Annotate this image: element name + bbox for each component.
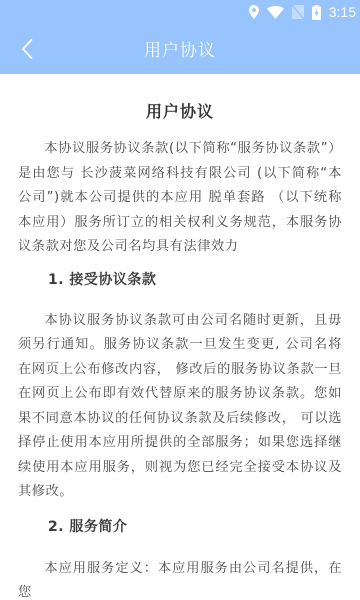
status-bar: 3:15	[0, 0, 360, 24]
section-heading-service-intro: 2. 服务简介	[0, 517, 360, 537]
document-title: 用户协议	[0, 101, 360, 123]
battery-charging-icon	[312, 5, 321, 20]
section-heading-accept-terms: 1. 接受协议条款	[0, 270, 360, 290]
nav-bar: 用户协议	[0, 24, 360, 74]
status-time: 3:15	[329, 4, 356, 20]
app-header: 3:15 用户协议	[0, 0, 360, 74]
location-icon	[249, 5, 259, 19]
wifi-icon	[267, 6, 284, 19]
page-title: 用户协议	[0, 36, 360, 61]
status-icons: 3:15	[241, 3, 356, 21]
section-body-service-intro: 本应用服务定义：本应用服务由公司名提供，在您	[0, 557, 360, 600]
agreement-content[interactable]: 用户协议 本协议服务协议条款(以下简称“服务协议条款”）是由您与 长沙菠菜网络科…	[0, 74, 360, 600]
intro-paragraph: 本协议服务协议条款(以下简称“服务协议条款”）是由您与 长沙菠菜网络科技有限公司…	[0, 137, 360, 260]
no-sim-icon	[292, 5, 304, 19]
section-body-accept-terms: 本协议服务协议条款可由公司名随时更新，且毋须另行通知。服务协议条款一旦发生变更,…	[0, 309, 360, 505]
